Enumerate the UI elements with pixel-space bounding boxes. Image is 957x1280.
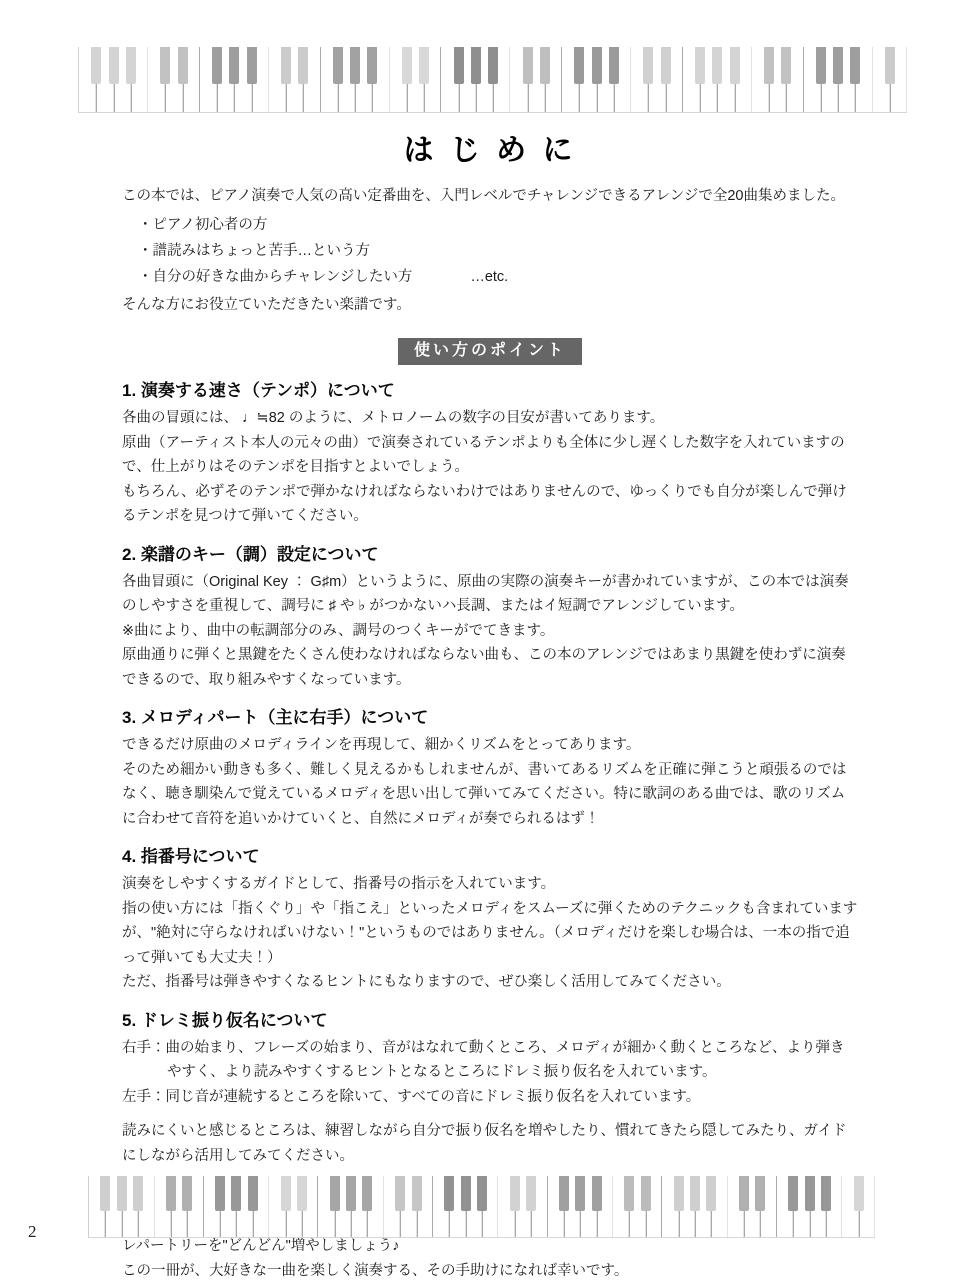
black-key [755,1176,765,1211]
black-key [402,47,412,84]
black-key [412,1176,422,1211]
intro-close: そんな方にお役立ていただきたい楽譜です。 [122,292,858,318]
black-key [350,47,360,84]
black-key [488,47,498,84]
black-key [126,47,136,84]
black-key-stem [351,1211,352,1237]
black-key-stem [122,1211,123,1237]
black-key-stem [735,84,736,112]
black-key-stem [838,84,839,112]
section-paragraph: 左手：同じ音が連続するところを除いて、すべての音にドレミ振り仮名を入れています。 [122,1085,858,1110]
black-key [109,47,119,84]
black-key-stem [335,1211,336,1237]
section-paragraph: 各曲の冒頭には、 ♩≒82 のように、メトロノームの数字の目安が書いてあります。 [122,406,858,431]
black-key [574,47,584,84]
black-key-stem [252,84,253,112]
section-paragraph: 原曲（アーティスト本人の元々の曲）で演奏されているテンポよりも全体に少し遅くした… [122,431,858,480]
section-paragraph: もちろん、必ずそのテンポで弾かなければならないわけではありませんので、ゆっくりで… [122,480,858,529]
usage-section: 4. 指番号について演奏をしやすくするガイドとして、指番号の指示を入れています。… [122,846,858,995]
black-key [117,1176,127,1211]
black-key [247,47,257,84]
black-key-stem [855,84,856,112]
section-paragraph: 指の使い方には「指くぐり」や「指こえ」といったメロディをスムーズに弾くためのテク… [122,897,858,971]
black-key [330,1176,340,1211]
black-key [592,47,602,84]
black-key [91,47,101,84]
black-key-stem [821,84,822,112]
black-key-stem [482,1211,483,1237]
usage-points-badge: 使い方のポイント [398,338,582,365]
black-key [706,1176,716,1211]
black-key-stem [286,84,287,112]
black-key [575,1176,585,1211]
section-heading: 5. ドレミ振り仮名について [122,1010,858,1032]
section-heading: 2. 楽譜のキー（調）設定について [122,544,858,566]
piano-keyboard-top [78,47,907,113]
black-key-stem [695,1211,696,1237]
black-key-stem [579,84,580,112]
usage-section: 5. ドレミ振り仮名について右手：曲の始まり、フレーズの始まり、音がはなれて動く… [122,1010,858,1169]
black-key-stem [131,84,132,112]
black-key-stem [629,1211,630,1237]
black-key [178,47,188,84]
black-key-stem [400,1211,401,1237]
black-key [362,1176,372,1211]
black-key [333,47,343,84]
black-key-stem [648,84,649,112]
piano-keyboard-bottom [88,1176,875,1238]
black-key [609,47,619,84]
intro-bullet: ・譜読みはちょっと苦手…という方 [138,238,858,264]
section-paragraph: 右手：曲の始まり、フレーズの始まり、音がはなれて動くところ、メロディが細かく動く… [122,1036,858,1085]
black-key [471,47,481,84]
intro-bullet-list: ・ピアノ初心者の方・譜読みはちょっと苦手…という方・自分の好きな曲からチャレンジ… [122,212,858,290]
section-paragraph: 読みにくいと感じるところは、練習しながら自分で振り仮名を増やしたり、慣れてきたら… [122,1119,858,1168]
page-title: は じ め に [122,134,858,168]
black-key [297,1176,307,1211]
black-key-stem [302,1211,303,1237]
black-key [281,47,291,84]
black-key-stem [217,84,218,112]
usage-points-badge-row: 使い方のポイント [122,338,858,365]
section-paragraph: ただ、指番号は弾きやすくなるヒントにもなりますので、ぜひ楽しく活用してみてくださ… [122,970,858,995]
black-key-stem [476,84,477,112]
black-key [781,47,791,84]
section-paragraph: ※曲により、曲中の転調部分のみ、調号のつくキーがでてきます。 [122,619,858,644]
black-key [850,47,860,84]
black-key [885,47,895,84]
black-key [559,1176,569,1211]
black-key-stem [700,84,701,112]
black-key-stem [165,84,166,112]
black-key-stem [515,1211,516,1237]
intro-lead: この本では、ピアノ演奏で人気の高い定番曲を、入門レベルでチャレンジできるアレンジ… [122,184,858,208]
black-key-stem [717,84,718,112]
black-key-stem [859,1211,860,1237]
usage-section: 2. 楽譜のキー（調）設定について各曲冒頭に（Original Key ： G♯… [122,544,858,693]
black-key-stem [646,1211,647,1237]
black-key [643,47,653,84]
black-key [540,47,550,84]
black-key-stem [236,1211,237,1237]
intro-bullet: ・ピアノ初心者の方 [138,212,858,238]
black-key [641,1176,651,1211]
black-key [510,1176,520,1211]
black-key [821,1176,831,1211]
black-key [444,1176,454,1211]
black-key-stem [459,84,460,112]
black-key [160,47,170,84]
black-key-stem [372,84,373,112]
black-key [661,47,671,84]
black-key [461,1176,471,1211]
black-key-stem [303,84,304,112]
black-key [739,1176,749,1211]
black-key [395,1176,405,1211]
black-key [231,1176,241,1211]
black-key [419,47,429,84]
black-key [805,1176,815,1211]
black-key [833,47,843,84]
section-heading: 1. 演奏する速さ（テンポ）について [122,380,858,402]
black-key-stem [424,84,425,112]
black-key-stem [234,84,235,112]
black-key [182,1176,192,1211]
black-key [166,1176,176,1211]
black-key-stem [810,1211,811,1237]
etc-label: …etc. [470,264,508,290]
black-key-stem [338,84,339,112]
black-key-stem [367,1211,368,1237]
black-key [624,1176,634,1211]
black-key [592,1176,602,1211]
black-key [477,1176,487,1211]
black-key-stem [564,1211,565,1237]
black-key-stem [96,84,97,112]
black-key-stem [187,1211,188,1237]
black-key [690,1176,700,1211]
black-key-stem [407,84,408,112]
black-key [367,47,377,84]
black-key-stem [493,84,494,112]
black-key-stem [679,1211,680,1237]
black-key-stem [769,84,770,112]
black-key-stem [171,1211,172,1237]
black-key [298,47,308,84]
black-key-stem [417,1211,418,1237]
black-key-stem [793,1211,794,1237]
section-paragraph: 原曲通りに弾くと黒鍵をたくさん使わなければならない曲も、この本のアレンジではあま… [122,643,858,692]
black-key [281,1176,291,1211]
black-key-stem [355,84,356,112]
section-heading: 3. メロディパート（主に右手）について [122,707,858,729]
page-number: 2 [28,1222,37,1242]
black-key [229,47,239,84]
black-key-stem [138,1211,139,1237]
black-key-stem [826,1211,827,1237]
usage-section: 1. 演奏する速さ（テンポ）について各曲の冒頭には、 ♩≒82 のように、メトロ… [122,380,858,529]
black-key [526,1176,536,1211]
intro-bullet: ・自分の好きな曲からチャレンジしたい方…etc. [138,264,858,290]
intro-page: は じ め に この本では、ピアノ演奏で人気の高い定番曲を、入門レベルでチャレン… [122,134,858,1280]
black-key-stem [597,1211,598,1237]
black-key-stem [666,84,667,112]
black-key-stem [744,1211,745,1237]
black-key [100,1176,110,1211]
closing-line: この一冊が、大好きな一曲を楽しく演奏する、その手助けになれば幸いです。 [122,1259,858,1280]
black-key-stem [253,1211,254,1237]
black-key [215,1176,225,1211]
black-key-stem [890,84,891,112]
black-key [764,47,774,84]
section-paragraph: 演奏をしやすくするガイドとして、指番号の指示を入れています。 [122,872,858,897]
black-key [133,1176,143,1211]
sections-container: 1. 演奏する速さ（テンポ）について各曲の冒頭には、 ♩≒82 のように、メトロ… [122,380,858,1168]
black-key-stem [449,1211,450,1237]
section-paragraph: できるだけ原曲のメロディラインを再現して、細かくリズムをとってあります。 [122,733,858,758]
black-key-stem [466,1211,467,1237]
black-key [730,47,740,84]
black-key-stem [183,84,184,112]
black-key [212,47,222,84]
black-key [248,1176,258,1211]
usage-section: 3. メロディパート（主に右手）についてできるだけ原曲のメロディラインを再現して… [122,707,858,831]
black-key-stem [545,84,546,112]
black-key [674,1176,684,1211]
section-paragraph: 各曲冒頭に（Original Key ： G♯m）というように、原曲の実際の演奏… [122,570,858,619]
black-key-stem [614,84,615,112]
black-key [523,47,533,84]
section-heading: 4. 指番号について [122,846,858,868]
black-key-stem [580,1211,581,1237]
black-key-stem [220,1211,221,1237]
black-key [854,1176,864,1211]
black-key [695,47,705,84]
black-key-stem [105,1211,106,1237]
black-key [346,1176,356,1211]
black-key [454,47,464,84]
black-key-stem [286,1211,287,1237]
black-key [788,1176,798,1211]
black-key [712,47,722,84]
black-key-stem [711,1211,712,1237]
black-key-stem [531,1211,532,1237]
black-key-stem [786,84,787,112]
black-key [816,47,826,84]
black-key-stem [760,1211,761,1237]
section-paragraph: そのため細かい動きも多く、難しく見えるかもしれませんが、書いてあるリズムを正確に… [122,758,858,832]
black-key-stem [528,84,529,112]
black-key-stem [597,84,598,112]
black-key-stem [114,84,115,112]
